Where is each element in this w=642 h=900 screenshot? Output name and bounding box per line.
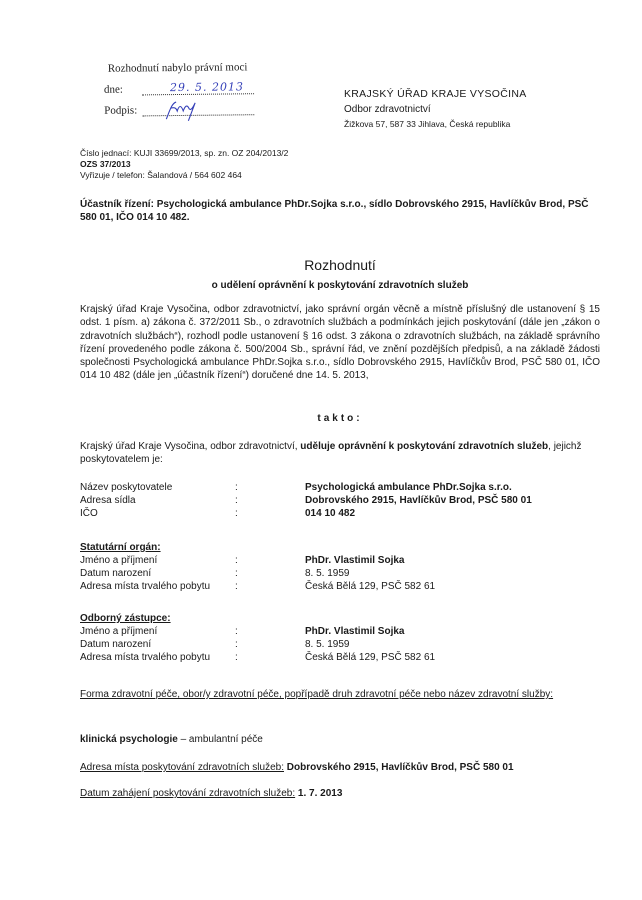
row-label: Datum narození bbox=[80, 567, 235, 580]
row-label: Adresa místa trvalého pobytu bbox=[80, 651, 235, 664]
row-separator: : bbox=[235, 651, 305, 664]
row-value: PhDr. Vlastimil Sojka bbox=[305, 554, 600, 567]
row-label: Jméno a příjmení bbox=[80, 625, 235, 638]
document-title: Rozhodnutí bbox=[80, 257, 600, 273]
intro-paragraph: Krajský úřad Kraje Vysočina, odbor zdrav… bbox=[80, 303, 600, 383]
stamp-signature-row: Podpis: bbox=[104, 99, 254, 117]
stamp-signature-line bbox=[142, 102, 254, 116]
row-value: 014 10 482 bbox=[305, 507, 600, 520]
care-field-name: klinická psychologie bbox=[80, 734, 178, 745]
table-row: Jméno a příjmení : PhDr. Vlastimil Sojka bbox=[80, 625, 600, 638]
stamp-signature-label: Podpis: bbox=[104, 104, 142, 116]
case-number: Číslo jednací: KUJI 33699/2013, sp. zn. … bbox=[80, 148, 288, 159]
table-row: Jméno a příjmení : PhDr. Vlastimil Sojka bbox=[80, 554, 600, 567]
table-row: Adresa místa trvalého pobytu : Česká Běl… bbox=[80, 580, 600, 593]
row-separator: : bbox=[235, 554, 305, 567]
stamp-date-value: 29. 5. 2013 bbox=[170, 80, 244, 94]
stamp-title: Rozhodnutí nabylo právní moci bbox=[108, 61, 254, 75]
table-row: Název poskytovatele : Psychologická ambu… bbox=[80, 481, 600, 494]
participant-line: Účastník řízení: Psychologická ambulance… bbox=[80, 198, 600, 224]
care-field-type: – ambulantní péče bbox=[178, 734, 263, 745]
handwritten-signature-icon bbox=[162, 99, 202, 121]
row-separator: : bbox=[235, 625, 305, 638]
section-title: Odborný zástupce: bbox=[80, 612, 600, 625]
service-address-label: Adresa místa poskytování zdravotních slu… bbox=[80, 762, 284, 773]
statutory-body-table: Statutární orgán: Jméno a příjmení : PhD… bbox=[80, 541, 600, 593]
stamp-date-row: dne: 29. 5. 2013 bbox=[104, 78, 254, 96]
service-address-value: Dobrovského 2915, Havlíčkův Brod, PSČ 58… bbox=[284, 762, 514, 773]
ozs-number: OZS 37/2013 bbox=[80, 159, 288, 170]
row-separator: : bbox=[235, 507, 305, 520]
row-value: 8. 5. 1959 bbox=[305, 567, 600, 580]
row-value: Psychologická ambulance PhDr.Sojka s.r.o… bbox=[305, 481, 600, 494]
row-separator: : bbox=[235, 580, 305, 593]
decision-text-bold: uděluje oprávnění k poskytování zdravotn… bbox=[300, 441, 548, 452]
takto-heading: takto: bbox=[80, 413, 600, 424]
row-label: Jméno a příjmení bbox=[80, 554, 235, 567]
row-separator: : bbox=[235, 638, 305, 651]
row-label: IČO bbox=[80, 507, 235, 520]
section-title: Statutární orgán: bbox=[80, 541, 600, 554]
legal-effect-stamp: Rozhodnutí nabylo právní moci dne: 29. 5… bbox=[104, 61, 255, 117]
care-form-label: Forma zdravotní péče, obor/y zdravotní p… bbox=[80, 688, 600, 702]
care-field: klinická psychologie – ambulantní péče bbox=[80, 734, 263, 745]
authority-department: Odbor zdravotnictví bbox=[344, 102, 527, 117]
row-separator: : bbox=[235, 481, 305, 494]
service-address: Adresa místa poskytování zdravotních slu… bbox=[80, 762, 514, 773]
table-row: Datum narození : 8. 5. 1959 bbox=[80, 638, 600, 651]
start-date: Datum zahájení poskytování zdravotních s… bbox=[80, 788, 342, 799]
professional-representative-table: Odborný zástupce: Jméno a příjmení : PhD… bbox=[80, 612, 600, 664]
table-row: Adresa sídla : Dobrovského 2915, Havlíčk… bbox=[80, 494, 600, 507]
row-separator: : bbox=[235, 494, 305, 507]
decision-text-1: Krajský úřad Kraje Vysočina, odbor zdrav… bbox=[80, 441, 300, 452]
table-row: Adresa místa trvalého pobytu : Česká Běl… bbox=[80, 651, 600, 664]
row-label: Datum narození bbox=[80, 638, 235, 651]
row-label: Adresa místa trvalého pobytu bbox=[80, 580, 235, 593]
authority-name: KRAJSKÝ ÚŘAD KRAJE VYSOČINA bbox=[344, 87, 527, 102]
handler-contact: Vyřizuje / telefon: Šalandová / 564 602 … bbox=[80, 170, 288, 181]
row-label: Název poskytovatele bbox=[80, 481, 235, 494]
start-date-value: 1. 7. 2013 bbox=[295, 788, 342, 799]
table-row: IČO : 014 10 482 bbox=[80, 507, 600, 520]
start-date-label: Datum zahájení poskytování zdravotních s… bbox=[80, 788, 295, 799]
row-label: Adresa sídla bbox=[80, 494, 235, 507]
row-separator: : bbox=[235, 567, 305, 580]
stamp-date-label: dne: bbox=[104, 83, 142, 95]
authority-header: KRAJSKÝ ÚŘAD KRAJE VYSOČINA Odbor zdravo… bbox=[344, 87, 527, 132]
row-value: Česká Bělá 129, PSČ 582 61 bbox=[305, 580, 600, 593]
row-value: PhDr. Vlastimil Sojka bbox=[305, 625, 600, 638]
row-value: Dobrovského 2915, Havlíčkův Brod, PSČ 58… bbox=[305, 494, 600, 507]
reference-block: Číslo jednací: KUJI 33699/2013, sp. zn. … bbox=[80, 148, 288, 181]
document-subtitle: o udělení oprávnění k poskytování zdravo… bbox=[80, 280, 600, 291]
row-value: Česká Bělá 129, PSČ 582 61 bbox=[305, 651, 600, 664]
provider-table: Název poskytovatele : Psychologická ambu… bbox=[80, 481, 600, 520]
authority-address: Žižkova 57, 587 33 Jihlava, Česká republ… bbox=[344, 117, 527, 132]
row-value: 8. 5. 1959 bbox=[305, 638, 600, 651]
table-row: Datum narození : 8. 5. 1959 bbox=[80, 567, 600, 580]
decision-paragraph: Krajský úřad Kraje Vysočina, odbor zdrav… bbox=[80, 440, 600, 467]
stamp-date-line: 29. 5. 2013 bbox=[142, 81, 254, 95]
